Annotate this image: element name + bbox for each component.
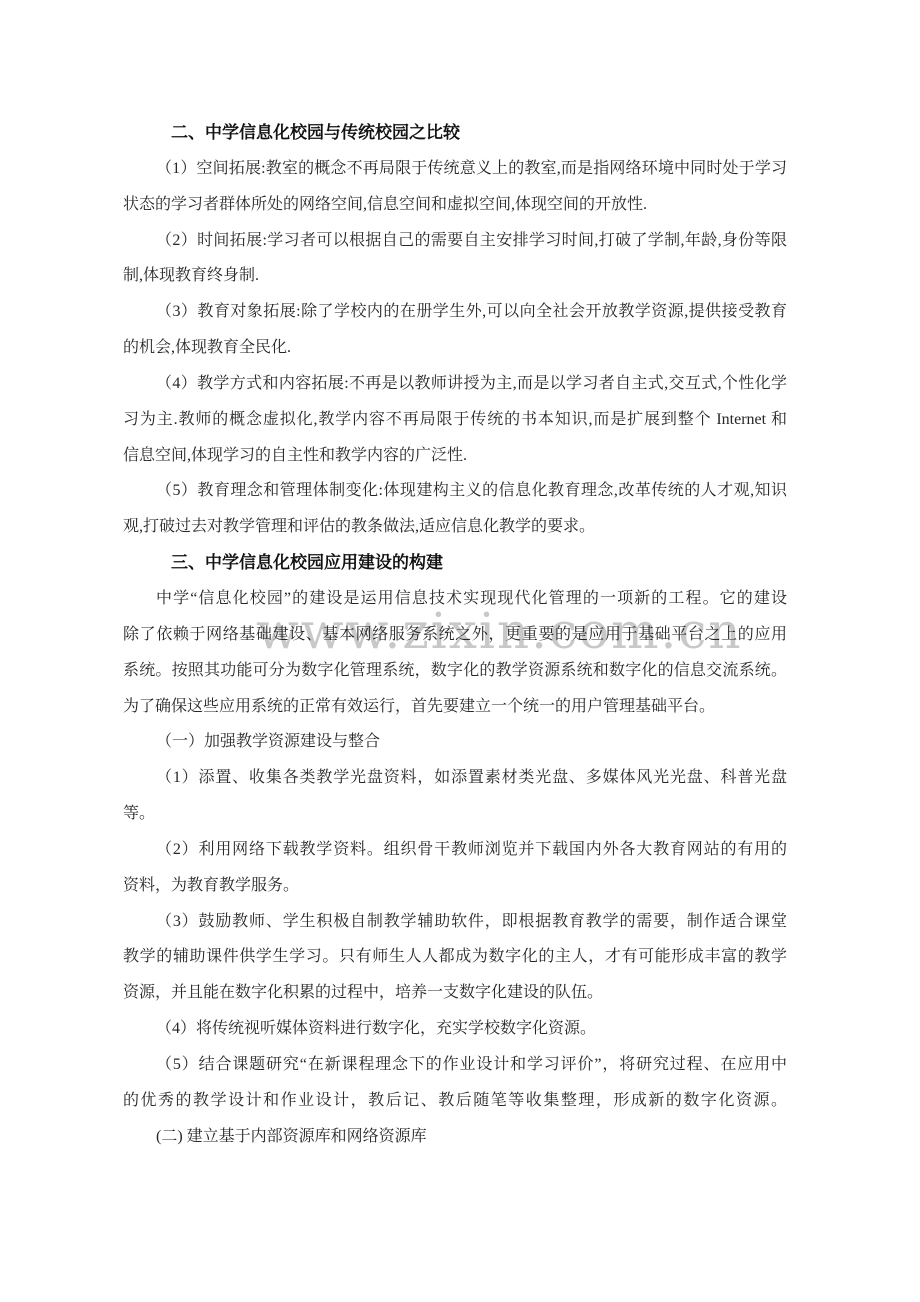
document-content: 二、中学信息化校园与传统校园之比较（1）空间拓展:教室的概念不再局限于传统意义上… — [123, 115, 787, 1154]
text-line: 中学“信息化校园”的建设是运用信息技术实现现代化管理的一项新的工程。它的建设 — [123, 581, 787, 617]
text-line: 为了确保这些应用系统的正常有效运行，首先要建立一个统一的用户管理基础平台。 — [123, 689, 787, 725]
text-line: （2）时间拓展:学习者可以根据自己的需要自主安排学习时间,打破了学制,年龄,身份… — [123, 223, 787, 259]
text-line: 状态的学习者群体所处的网络空间,信息空间和虚拟空间,体现空间的开放性. — [123, 187, 787, 223]
section-heading: 三、中学信息化校园应用建设的构建 — [123, 545, 787, 581]
text-line: （5）结合课题研究“在新课程理念下的作业设计和学习评价”，将研究过程、在应用中 — [123, 1047, 787, 1083]
text-line: （3）鼓励教师、学生积极自制教学辅助软件，即根据教育教学的需要，制作适合课堂 — [123, 904, 787, 940]
text-line: 的机会,体现教育全民化. — [123, 330, 787, 366]
text-line: （3）教育对象拓展:除了学校内的在册学生外,可以向全社会开放教学资源,提供接受教… — [123, 294, 787, 330]
text-line: （一）加强教学资源建设与整合 — [123, 724, 787, 760]
text-line: 系统。按照其功能可分为数字化管理系统，数字化的教学资源系统和数字化的信息交流系统… — [123, 653, 787, 689]
text-line: （1）空间拓展:教室的概念不再局限于传统意义上的教室,而是指网络环境中同时处于学… — [123, 151, 787, 187]
section-heading: 二、中学信息化校园与传统校园之比较 — [123, 115, 787, 151]
text-line: 制,体现教育终身制. — [123, 258, 787, 294]
text-line: 信息空间,体现学习的自主性和教学内容的广泛性. — [123, 438, 787, 474]
text-line: 教学的辅助课件供学生学习。只有师生人人都成为数字化的主人，才有可能形成丰富的教学 — [123, 939, 787, 975]
text-line: 观,打破过去对教学管理和评估的教条做法,适应信息化教学的要求。 — [123, 509, 787, 545]
text-line: 资源，并且能在数字化积累的过程中，培养一支数字化建设的队伍。 — [123, 975, 787, 1011]
text-line: （1）添置、收集各类教学光盘资料，如添置素材类光盘、多媒体风光光盘、科普光盘 — [123, 760, 787, 796]
text-line: （4）将传统视听媒体资料进行数字化，充实学校数字化资源。 — [123, 1011, 787, 1047]
text-line: 的优秀的教学设计和作业设计，教后记、教后随笔等收集整理，形成新的数字化资源。 — [123, 1083, 787, 1119]
text-line: (二) 建立基于内部资源库和网络资源库 — [123, 1119, 787, 1155]
text-line: （2）利用网络下载教学资料。组织骨干教师浏览并下载国内外各大教育网站的有用的 — [123, 832, 787, 868]
text-line: （4）教学方式和内容拓展:不再是以教师讲授为主,而是以学习者自主式,交互式,个性… — [123, 366, 787, 402]
document-page: www.zixin.com.cn 二、中学信息化校园与传统校园之比较（1）空间拓… — [0, 0, 920, 1302]
text-line: 等。 — [123, 796, 787, 832]
text-line: 习为主.教师的概念虚拟化,教学内容不再局限于传统的书本知识,而是扩展到整个 In… — [123, 402, 787, 438]
text-line: 除了依赖于网络基础建设、基本网络服务系统之外，更重要的是应用于基础平台之上的应用 — [123, 617, 787, 653]
text-line: （5）教育理念和管理体制变化:体现建构主义的信息化教育理念,改革传统的人才观,知… — [123, 473, 787, 509]
text-line: 资料，为教育教学服务。 — [123, 868, 787, 904]
